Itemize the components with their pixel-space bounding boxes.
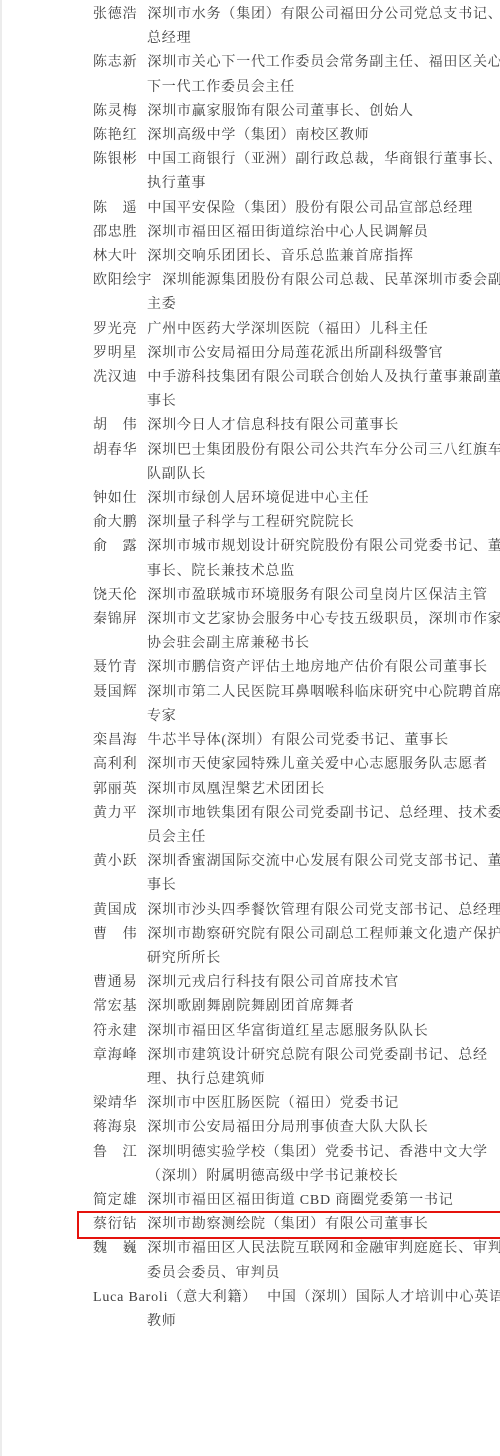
list-item: 梁靖华深圳市中医肛肠医院（福田）党委书记 [93, 1092, 500, 1116]
person-title: 深圳市盈联城市环境服务有限公司皇岗片区保洁主管 [147, 588, 487, 603]
person-name: 邵忠胜 [93, 221, 137, 245]
list-item: 魏 巍深圳市福田区人民法院互联网和金融审判庭庭长、审判委员会委员、审判员 [93, 1237, 500, 1285]
person-title: 广州中医药大学深圳医院（福田）儿科主任 [147, 322, 428, 337]
person-name: 张德浩 [93, 3, 137, 27]
list-item: 欧阳绘宇深圳能源集团股份有限公司总裁、民革深圳市委会副主委 [93, 269, 500, 317]
person-title: 深圳市中医肛肠医院（福田）党委书记 [147, 1096, 399, 1111]
person-title: 深圳香蜜湖国际交流中心发展有限公司党支部书记、董事长 [147, 854, 500, 893]
list-item: 简定雄深圳市福田区福田街道 CBD 商圈党委第一书记 [93, 1189, 500, 1213]
list-item: 林大叶深圳交响乐团团长、音乐总监兼首席指挥 [93, 245, 500, 269]
list-item: 邵忠胜深圳市福田区福田街道综治中心人民调解员 [93, 221, 500, 245]
person-title: 深圳市勘察研究院有限公司副总工程师兼文化遗产保护研究所所长 [147, 927, 500, 966]
person-name: 曹 伟 [93, 923, 137, 947]
list-item: 秦锦屏深圳市文艺家协会服务中心专技五级职员，深圳市作家协会驻会副主席兼秘书长 [93, 608, 500, 656]
list-item: 黄力平深圳市地铁集团有限公司党委副书记、总经理、技术委员会主任 [93, 802, 500, 850]
list-item: Luca Baroli（意大利籍）中国（深圳）国际人才培训中心英语教师 [93, 1286, 500, 1334]
person-name: 栾昌海 [93, 729, 137, 753]
list-item: 俞 露深圳市城市规划设计研究院股份有限公司党委书记、董事长、院长兼技术总监 [93, 535, 500, 583]
list-item: 黄国成深圳市沙头四季餐饮管理有限公司党支部书记、总经理 [93, 899, 500, 923]
list-item: 冼汉迪中手游科技集团有限公司联合创始人及执行董事兼副董事长 [93, 366, 500, 414]
person-title: 深圳市城市规划设计研究院股份有限公司党委书记、董事长、院长兼技术总监 [147, 539, 500, 578]
list-item: 符永建深圳市福田区华富街道红星志愿服务队队长 [93, 1020, 500, 1044]
list-item: 黄小跃深圳香蜜湖国际交流中心发展有限公司党支部书记、董事长 [93, 850, 500, 898]
list-item: 栾昌海牛芯半导体(深圳）有限公司党委书记、董事长 [93, 729, 500, 753]
person-name: 钟如仕 [93, 487, 137, 511]
person-name: 陈 遥 [93, 197, 137, 221]
person-name: 梁靖华 [93, 1092, 137, 1116]
person-title: 深圳市赢家服饰有限公司董事长、创始人 [147, 104, 413, 119]
person-title: 牛芯半导体(深圳）有限公司党委书记、董事长 [147, 733, 448, 748]
list-item: 陈艳红深圳高级中学（集团）南校区教师 [93, 124, 500, 148]
person-name: 符永建 [93, 1020, 137, 1044]
person-name: 陈灵梅 [93, 100, 137, 124]
list-item: 张德浩深圳市水务（集团）有限公司福田分公司党总支书记、总经理 [93, 3, 500, 51]
person-title: 深圳市福田区福田街道 CBD 商圈党委第一书记 [147, 1193, 453, 1208]
person-name: 章海峰 [93, 1044, 137, 1068]
list-item: 罗明星深圳市公安局福田分局莲花派出所副科级警官 [93, 342, 500, 366]
person-name: 冼汉迪 [93, 366, 137, 390]
person-title: 中国平安保险（集团）股份有限公司品宣部总经理 [147, 201, 473, 216]
person-name: 黄国成 [93, 899, 137, 923]
person-name: 高利利 [93, 753, 137, 777]
person-name: 俞 露 [93, 535, 137, 559]
person-title: 深圳元戎启行科技有限公司首席技术官 [147, 975, 399, 990]
person-title: 深圳市绿创人居环境促进中心主任 [147, 491, 369, 506]
document-page: 张德浩深圳市水务（集团）有限公司福田分公司党总支书记、总经理 陈志新深圳市关心下… [0, 0, 500, 1334]
person-title: 深圳市水务（集团）有限公司福田分公司党总支书记、总经理 [147, 7, 500, 46]
person-name: 胡 伟 [93, 414, 137, 438]
person-name: 郭丽英 [93, 778, 137, 802]
person-title: 深圳市地铁集团有限公司党委副书记、总经理、技术委员会主任 [147, 806, 500, 845]
list-item: 曹通易深圳元戎启行科技有限公司首席技术官 [93, 971, 500, 995]
scan-edge-artifact [0, 0, 2, 1456]
person-name: 林大叶 [93, 245, 137, 269]
list-item: 陈银彬中国工商银行（亚洲）副行政总裁，华商银行董事长、执行董事 [93, 148, 500, 196]
person-name: 饶天伦 [93, 584, 137, 608]
list-item: 郭丽英深圳市凤凰涅槃艺术团团长 [93, 778, 500, 802]
person-name: 简定雄 [93, 1189, 137, 1213]
list-item: 聂竹青深圳市鹏信资产评估土地房地产估价有限公司董事长 [93, 656, 500, 680]
person-title: 深圳市建筑设计研究总院有限公司党委副书记、总经理、执行总建筑师 [147, 1048, 488, 1087]
person-title: 深圳市福田区福田街道综治中心人民调解员 [147, 225, 428, 240]
person-title: 中国工商银行（亚洲）副行政总裁，华商银行董事长、执行董事 [147, 152, 500, 191]
person-name: 蒋海泉 [93, 1116, 137, 1140]
person-title: 深圳市公安局福田分局莲花派出所副科级警官 [147, 346, 443, 361]
person-title: 深圳明德实验学校（集团）党委书记、香港中文大学（深圳）附属明德高级中学书记兼校长 [147, 1145, 488, 1184]
person-title: 深圳市沙头四季餐饮管理有限公司党支部书记、总经理 [147, 903, 500, 918]
list-item-highlighted: 蔡衍钻深圳市勘察测绘院（集团）有限公司董事长 [79, 1213, 500, 1237]
person-title: 深圳歌剧舞剧院舞剧团首席舞者 [147, 999, 354, 1014]
list-item: 俞大鹏深圳量子科学与工程研究院院长 [93, 511, 500, 535]
person-name: 常宏基 [93, 995, 137, 1019]
list-item: 常宏基深圳歌剧舞剧院舞剧团首席舞者 [93, 995, 500, 1019]
list-item: 蒋海泉深圳市公安局福田分局刑事侦查大队大队长 [93, 1116, 500, 1140]
list-item: 陈志新深圳市关心下一代工作委员会常务副主任、福田区关心下一代工作委员会主任 [93, 51, 500, 99]
person-name: 罗明星 [93, 342, 137, 366]
person-name: 俞大鹏 [93, 511, 137, 535]
person-title: 深圳市第二人民医院耳鼻咽喉科临床研究中心院聘首席专家 [147, 685, 500, 724]
person-title: 深圳能源集团股份有限公司总裁、民革深圳市委会副主委 [147, 273, 500, 312]
list-item: 胡春华深圳巴士集团股份有限公司公共汽车分公司三八红旗车队副队长 [93, 439, 500, 487]
person-title: 中手游科技集团有限公司联合创始人及执行董事兼副董事长 [147, 370, 500, 409]
person-name: 魏 巍 [93, 1237, 137, 1261]
person-title: 深圳市公安局福田分局刑事侦查大队大队长 [147, 1120, 428, 1135]
list-item: 陈 遥中国平安保险（集团）股份有限公司品宣部总经理 [93, 197, 500, 221]
person-name: 陈艳红 [93, 124, 137, 148]
person-name: 秦锦屏 [93, 608, 137, 632]
list-item: 胡 伟深圳今日人才信息科技有限公司董事长 [93, 414, 500, 438]
list-item: 章海峰深圳市建筑设计研究总院有限公司党委副书记、总经理、执行总建筑师 [93, 1044, 500, 1092]
person-title: 深圳市福田区华富街道红星志愿服务队队长 [147, 1024, 428, 1039]
list-item: 曹 伟深圳市勘察研究院有限公司副总工程师兼文化遗产保护研究所所长 [93, 923, 500, 971]
person-name: 鲁 江 [93, 1141, 137, 1165]
list-item: 高利利深圳市天使家园特殊儿童关爱中心志愿服务队志愿者 [93, 753, 500, 777]
list-item: 饶天伦深圳市盈联城市环境服务有限公司皇岗片区保洁主管 [93, 584, 500, 608]
list-item: 陈灵梅深圳市赢家服饰有限公司董事长、创始人 [93, 100, 500, 124]
person-title: 深圳市勘察测绘院（集团）有限公司董事长 [147, 1217, 428, 1232]
list-item: 钟如仕深圳市绿创人居环境促进中心主任 [93, 487, 500, 511]
person-title: 深圳今日人才信息科技有限公司董事长 [147, 418, 399, 433]
person-title: 深圳高级中学（集团）南校区教师 [147, 128, 369, 143]
person-name: 罗光亮 [93, 318, 137, 342]
list-item: 聂国辉深圳市第二人民医院耳鼻咽喉科临床研究中心院聘首席专家 [93, 681, 500, 729]
person-title: 深圳市关心下一代工作委员会常务副主任、福田区关心下一代工作委员会主任 [147, 55, 500, 94]
person-title: 深圳巴士集团股份有限公司公共汽车分公司三八红旗车队副队长 [147, 443, 500, 482]
person-title: 深圳市文艺家协会服务中心专技五级职员，深圳市作家协会驻会副主席兼秘书长 [147, 612, 500, 651]
person-title: 深圳市鹏信资产评估土地房地产估价有限公司董事长 [147, 660, 487, 675]
person-name: 曹通易 [93, 971, 137, 995]
person-name: 黄力平 [93, 802, 137, 826]
person-name: 陈银彬 [93, 148, 137, 172]
person-name: 聂竹青 [93, 656, 137, 680]
person-title: 深圳市福田区人民法院互联网和金融审判庭庭长、审判委员会委员、审判员 [147, 1241, 500, 1280]
person-name: 胡春华 [93, 439, 137, 463]
person-title: 深圳市天使家园特殊儿童关爱中心志愿服务队志愿者 [147, 757, 487, 772]
people-list: 张德浩深圳市水务（集团）有限公司福田分公司党总支书记、总经理 陈志新深圳市关心下… [93, 3, 500, 1334]
person-name: 聂国辉 [93, 681, 137, 705]
list-item: 鲁 江深圳明德实验学校（集团）党委书记、香港中文大学（深圳）附属明德高级中学书记… [93, 1141, 500, 1189]
person-name: 陈志新 [93, 51, 137, 75]
person-title: 深圳市凤凰涅槃艺术团团长 [147, 782, 325, 797]
person-name: 黄小跃 [93, 850, 137, 874]
person-name: 蔡衍钻 [93, 1213, 137, 1237]
list-item: 罗光亮广州中医药大学深圳医院（福田）儿科主任 [93, 318, 500, 342]
person-name: Luca Baroli（意大利籍） [93, 1286, 257, 1310]
person-title: 深圳交响乐团团长、音乐总监兼首席指挥 [147, 249, 413, 264]
person-name: 欧阳绘宇 [93, 269, 152, 293]
person-title: 深圳量子科学与工程研究院院长 [147, 515, 354, 530]
